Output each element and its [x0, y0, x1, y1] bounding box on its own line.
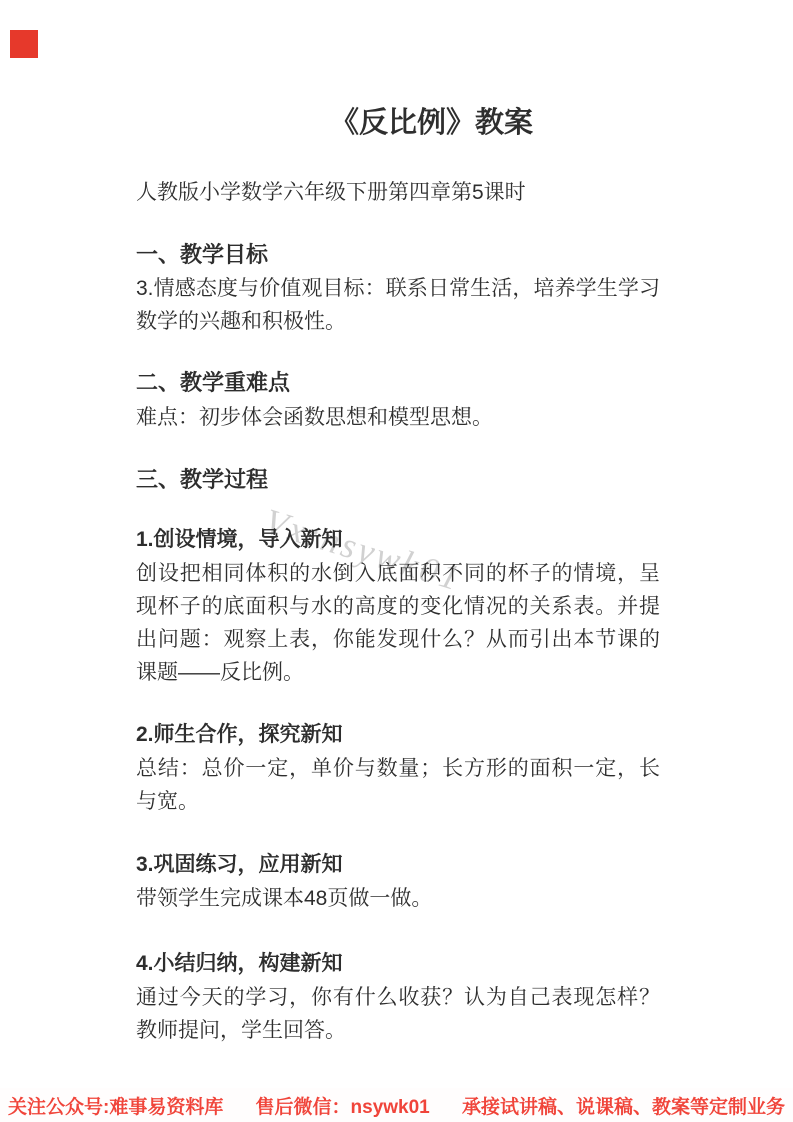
- footer-wechat-contact-text: 售后微信：nsywk01: [256, 1092, 430, 1119]
- document-page: Vx:nsywk01 《反比例》教案 人教版小学数学六年级下册第四章第5课时 一…: [0, 0, 793, 1122]
- paragraph-teaching-objectives: 3.情感态度与价值观目标：联系日常生活，培养学生学习数学的兴趣和积极性。: [136, 272, 660, 338]
- paragraph-summary-construction: 通过今天的学习，你有什么收获？认为自己表现怎样？教师提问，学生回答。: [136, 981, 660, 1047]
- document-title: 《反比例》教案: [330, 100, 533, 141]
- promo-footer-bar: 关注公众号:难事易资料库 售后微信：nsywk01 承接试讲稿、说课稿、教案等定…: [0, 1088, 793, 1122]
- step-heading-summary-construction: 4.小结归纳，构建新知: [136, 947, 343, 977]
- step-heading-create-context: 1.创设情境，导入新知: [136, 523, 343, 553]
- section-heading-teaching-process: 三、教学过程: [136, 463, 268, 494]
- footer-services-text: 承接试讲稿、说课稿、教案等定制业务: [462, 1092, 785, 1119]
- section-heading-key-difficulties: 二、教学重难点: [136, 366, 290, 397]
- footer-official-account-text: 关注公众号:难事易资料库: [8, 1092, 223, 1119]
- paragraph-cooperative-exploration: 总结：总价一定，单价与数量；长方形的面积一定，长与宽。: [136, 752, 660, 818]
- paragraph-create-context: 创设把相同体积的水倒入底面积不同的杯子的情境，呈现杯子的底面积与水的高度的变化情…: [136, 557, 660, 689]
- red-square-marker: [10, 30, 38, 58]
- section-heading-teaching-objectives: 一、教学目标: [136, 238, 268, 269]
- step-heading-cooperative-exploration: 2.师生合作，探究新知: [136, 718, 343, 748]
- course-info-line: 人教版小学数学六年级下册第四章第5课时: [136, 176, 526, 206]
- step-heading-consolidation-practice: 3.巩固练习，应用新知: [136, 848, 343, 878]
- paragraph-key-difficulties: 难点：初步体会函数思想和模型思想。: [136, 401, 660, 434]
- paragraph-consolidation-practice: 带领学生完成课本48页做一做。: [136, 882, 660, 915]
